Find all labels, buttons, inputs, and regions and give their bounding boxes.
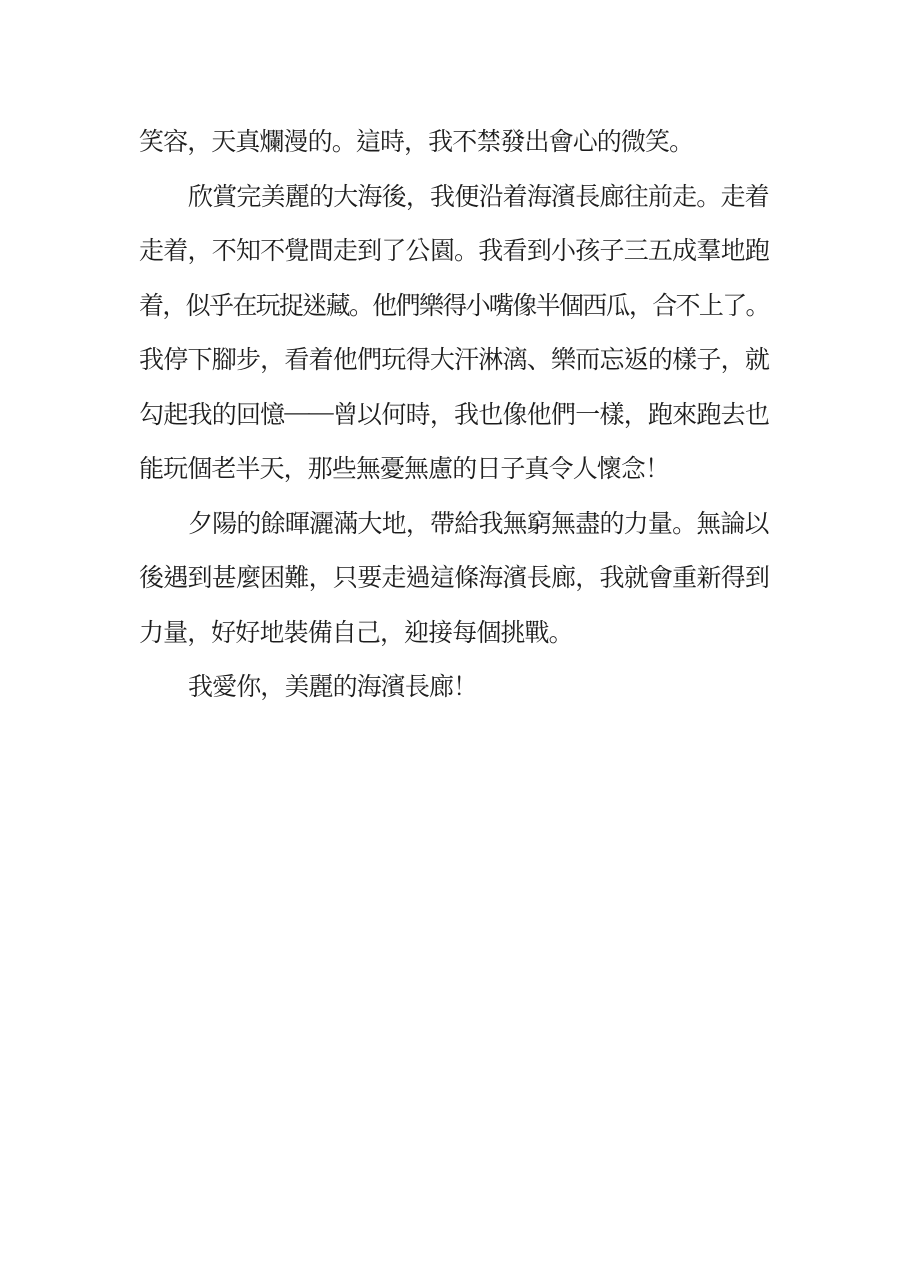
paragraph: 笑容，天真爛漫的。這時，我不禁發出會心的微笑。 <box>139 113 769 168</box>
text-line: 笑容，天真爛漫的。這時，我不禁發出會心的微笑。 <box>139 113 769 168</box>
text-line: 夕陽的餘暉灑滿大地，帶給我無窮無盡的力量。無論以 <box>139 495 769 550</box>
text-line: 着，似乎在玩捉迷藏。他們樂得小嘴像半個西瓜，合不上了。 <box>139 277 769 332</box>
paragraph-indent <box>139 194 188 195</box>
text-line: 勾起我的回憶——曾以何時，我也像他們一樣，跑來跑去也 <box>139 386 769 441</box>
text-line: 力量，好好地裝備自己，迎接每個挑戰。 <box>139 604 769 659</box>
paragraph: 夕陽的餘暉灑滿大地，帶給我無窮無盡的力量。無論以後遇到甚麼困難，只要走過這條海濱… <box>139 495 769 659</box>
text-line: 能玩個老半天，那些無憂無慮的日子真令人懷念！ <box>139 440 769 495</box>
text-line: 後遇到甚麼困難，只要走過這條海濱長廊，我就會重新得到 <box>139 549 769 604</box>
text-line: 走着，不知不覺間走到了公園。我看到小孩子三五成羣地跑 <box>139 222 769 277</box>
paragraph-indent <box>139 685 188 686</box>
essay-body: 笑容，天真爛漫的。這時，我不禁發出會心的微笑。欣賞完美麗的大海後，我便沿着海濱長… <box>139 113 769 713</box>
text-line: 我愛你，美麗的海濱長廊！ <box>139 658 769 713</box>
text-line: 我停下腳步，看着他們玩得大汗淋漓、樂而忘返的樣子，就 <box>139 331 769 386</box>
paragraph: 欣賞完美麗的大海後，我便沿着海濱長廊往前走。走着走着，不知不覺間走到了公園。我看… <box>139 168 769 495</box>
document-page: 笑容，天真爛漫的。這時，我不禁發出會心的微笑。欣賞完美麗的大海後，我便沿着海濱長… <box>0 0 905 1280</box>
text-line: 欣賞完美麗的大海後，我便沿着海濱長廊往前走。走着 <box>139 168 769 223</box>
paragraph: 我愛你，美麗的海濱長廊！ <box>139 658 769 713</box>
paragraph-indent <box>139 521 188 522</box>
